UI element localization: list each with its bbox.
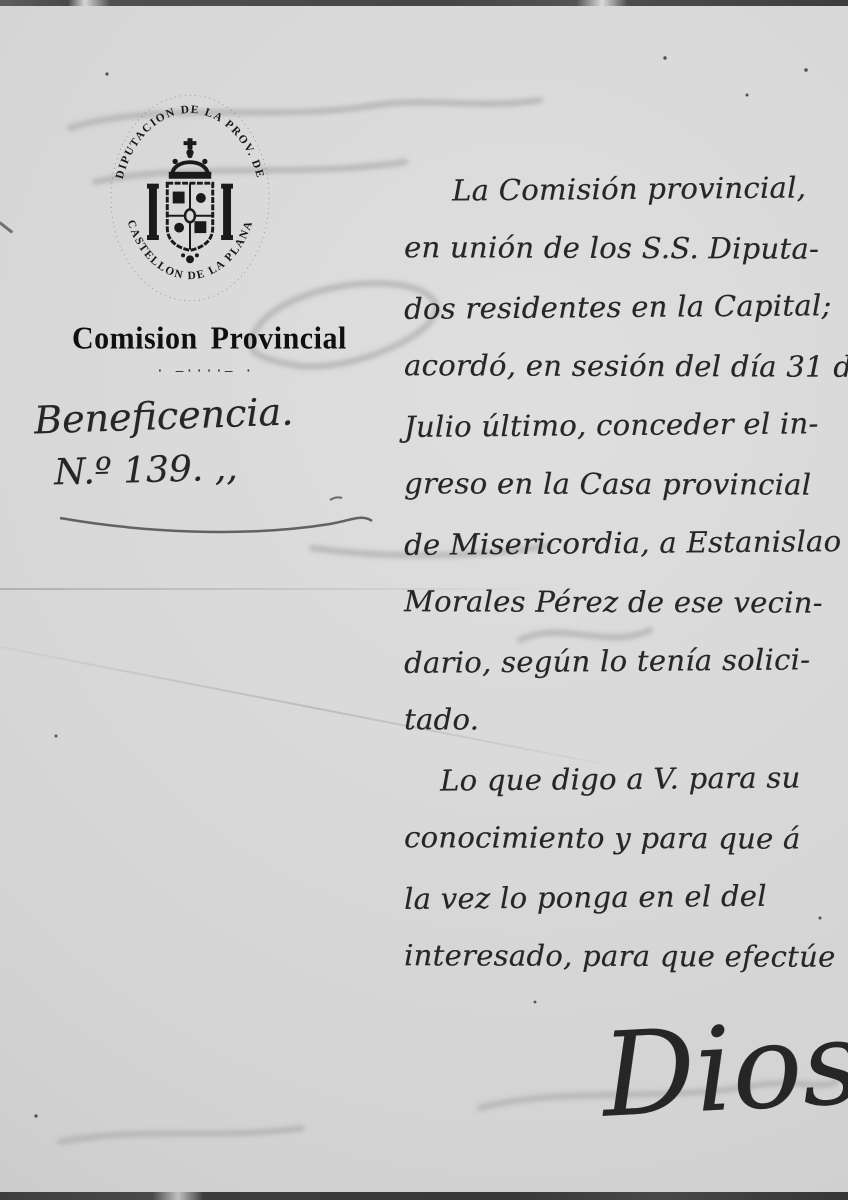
letterhead-divider: · –····– · bbox=[156, 364, 254, 379]
body-line-10: tado. bbox=[404, 690, 844, 751]
letterhead-office: Comision Provincial bbox=[72, 321, 322, 356]
body-line-14: interesado, para que efectúe bbox=[404, 926, 844, 987]
body-line-3: dos residentes en la Capital; bbox=[404, 276, 844, 339]
letterhead-file-number: N.º 139. ,, bbox=[53, 448, 238, 494]
letterhead-section: Beneficencia. bbox=[33, 389, 294, 442]
body-line-11: Lo que digo a V. para su bbox=[404, 748, 844, 811]
body-line-4: acordó, en sesión del día 31 de bbox=[404, 336, 844, 397]
letter-body: La Comisión provincial, en unión de los … bbox=[404, 160, 844, 986]
body-line-13: la vez lo ponga en el del bbox=[404, 866, 844, 929]
body-line-9: dario, según lo tenía solici- bbox=[404, 630, 844, 693]
scanned-letter-page: DIPUTACION DE LA PROV. DE CASTELLON DE L… bbox=[0, 0, 848, 1200]
body-line-7: de Misericordia, a Estanislao bbox=[404, 512, 844, 575]
body-line-12: conocimiento y para que á bbox=[404, 808, 844, 869]
closing-word: Dios bbox=[599, 995, 848, 1143]
coat-of-arms bbox=[148, 139, 233, 263]
body-line-1: La Comisión provincial, bbox=[404, 158, 844, 221]
body-line-5: Julio último, conceder el in- bbox=[404, 394, 844, 457]
body-line-6: greso en la Casa provincial bbox=[404, 454, 844, 515]
body-line-8: Morales Pérez de ese vecin- bbox=[404, 572, 844, 633]
body-line-2: en unión de los S.S. Diputa- bbox=[404, 218, 844, 279]
provincial-deputation-seal: DIPUTACION DE LA PROV. DE CASTELLON DE L… bbox=[106, 88, 274, 308]
